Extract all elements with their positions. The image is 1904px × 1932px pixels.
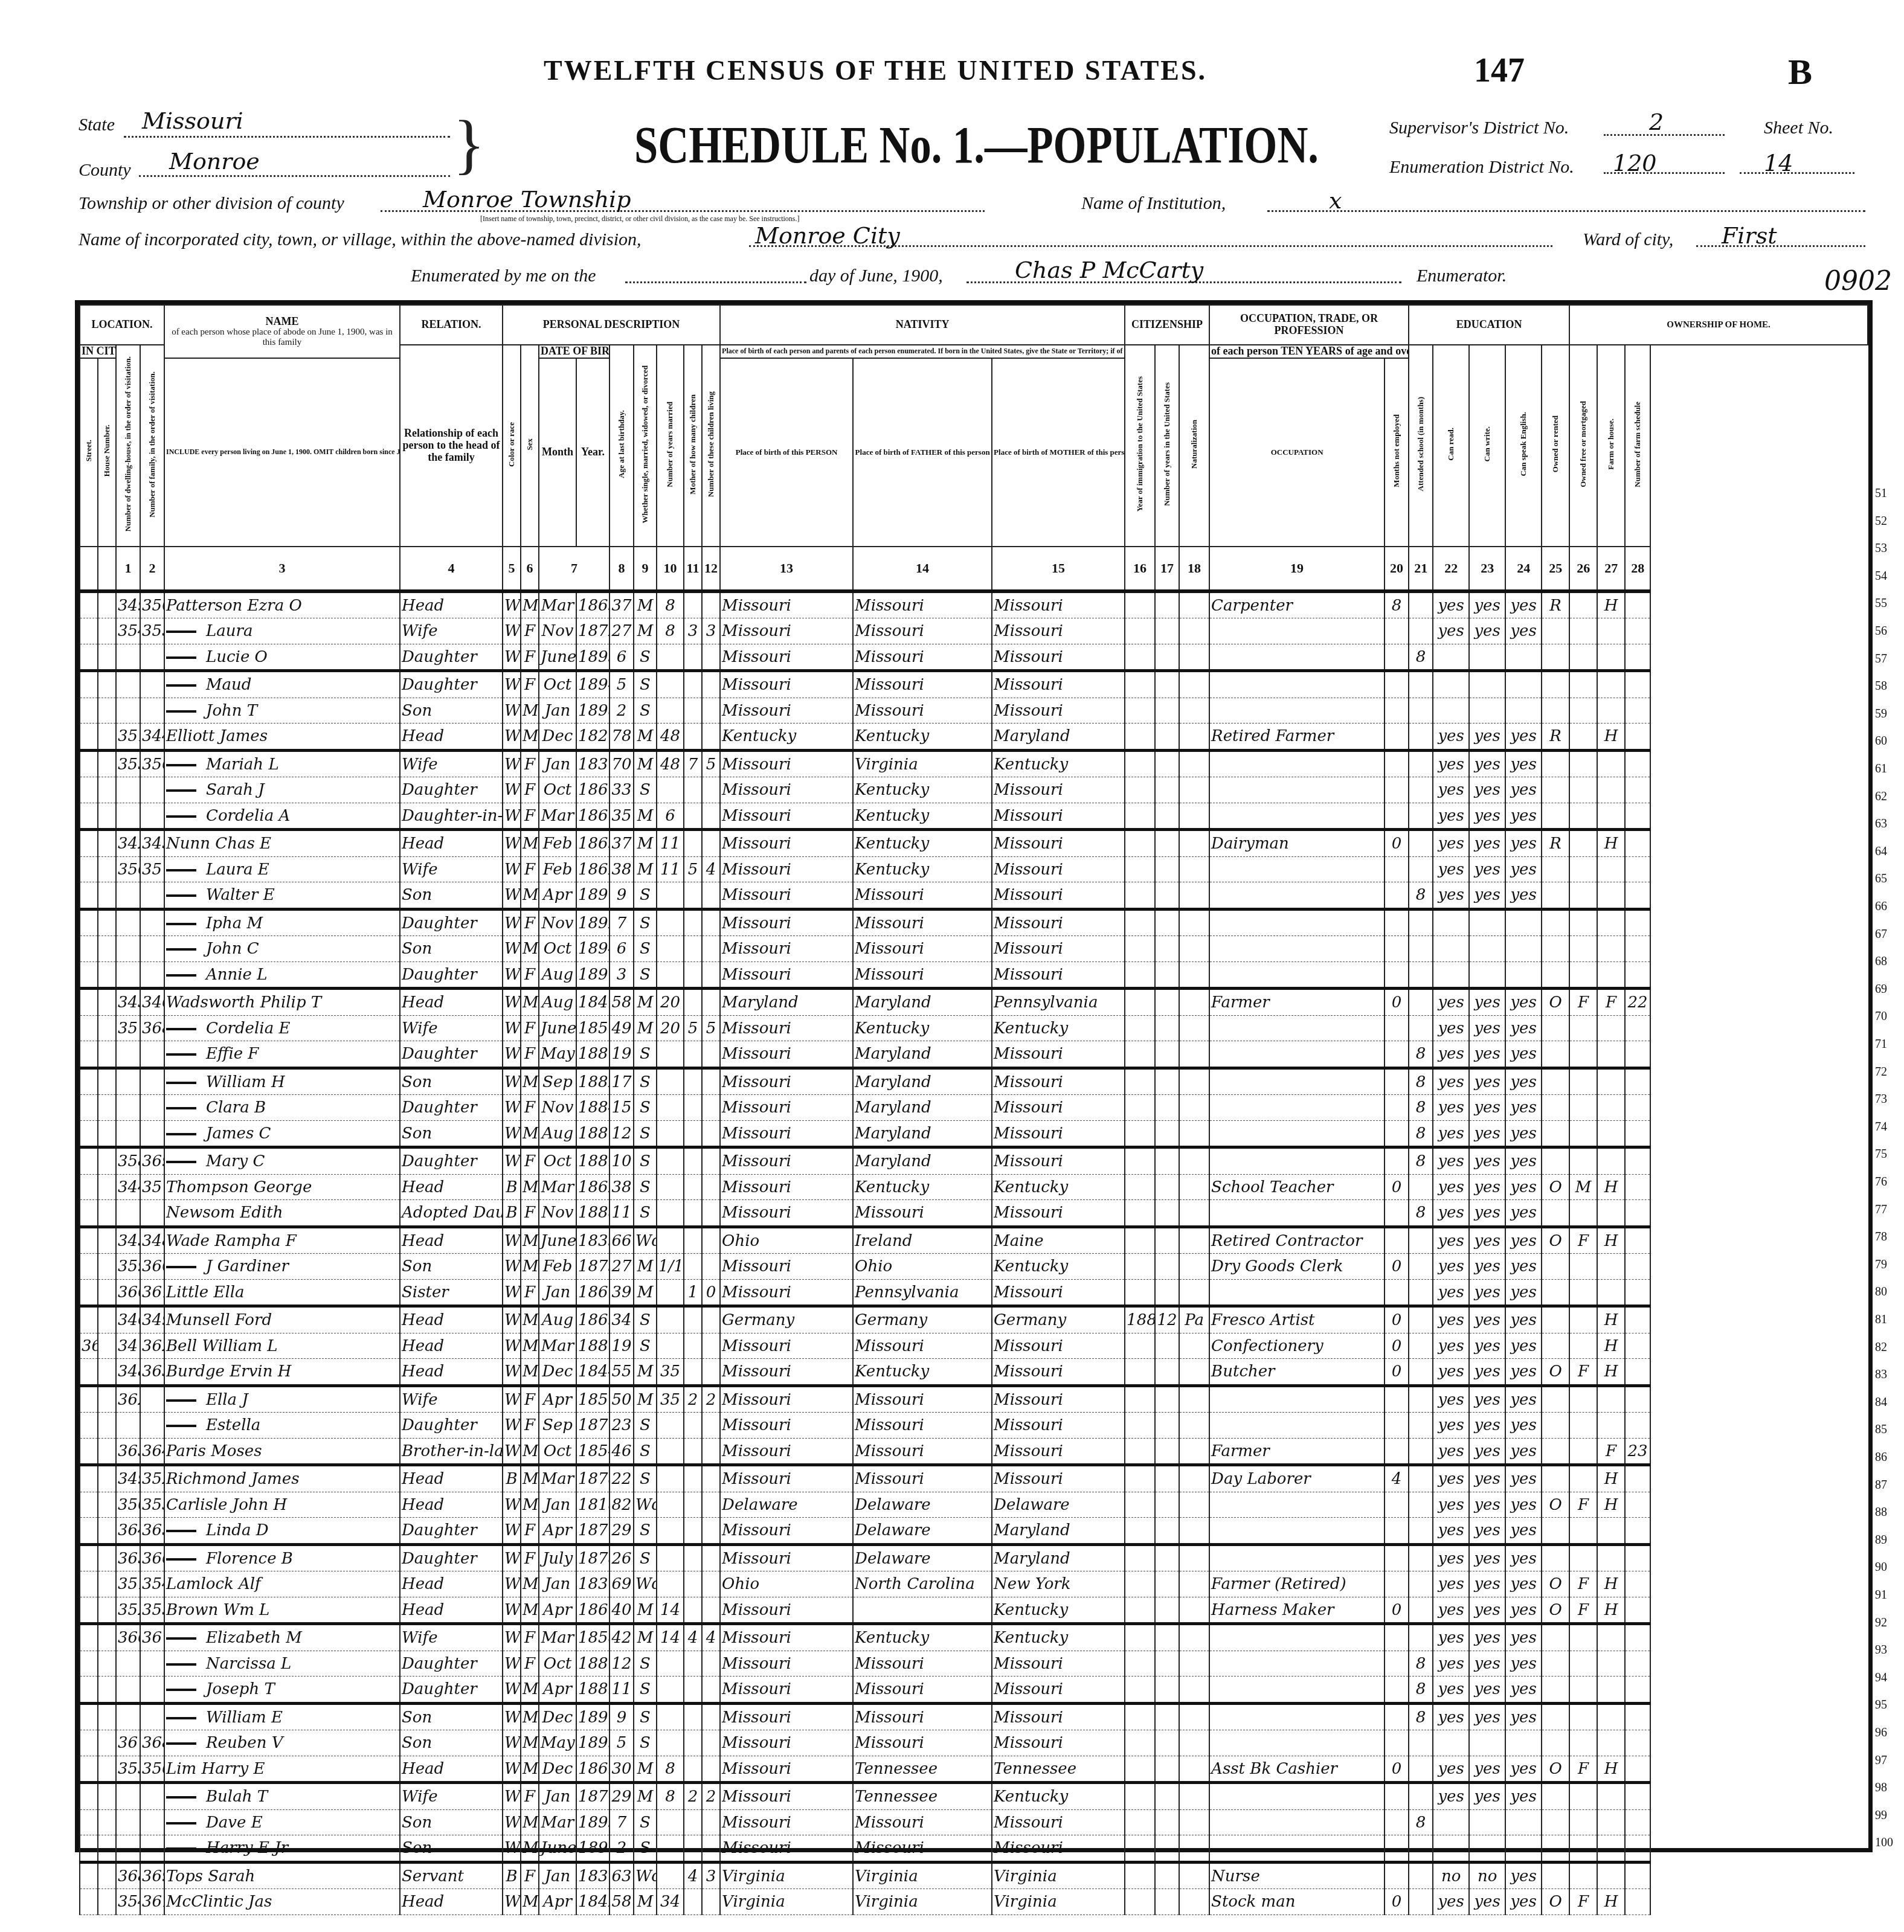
cell-farm xyxy=(1597,1703,1625,1730)
cell-street xyxy=(80,856,98,882)
header-citizenship: CITIZENSHIP xyxy=(1125,305,1209,345)
cell-house xyxy=(98,1095,116,1121)
cell-house xyxy=(98,909,116,936)
cell-occ: Carpenter xyxy=(1209,591,1385,618)
person-name: Wade Rampha F xyxy=(164,1227,400,1254)
cell-own xyxy=(1542,856,1569,882)
cell-ym: 48 xyxy=(657,750,684,777)
cell-write: yes xyxy=(1469,1200,1505,1227)
cell-fs xyxy=(1625,618,1650,644)
cell-free xyxy=(1569,830,1597,857)
cell-ms: M xyxy=(634,803,657,830)
cell-year: 1871 xyxy=(576,1783,609,1810)
cell-free xyxy=(1569,1544,1597,1571)
cell-ym: 8 xyxy=(657,1756,684,1783)
cell-sch xyxy=(1409,856,1433,882)
cell-sch xyxy=(1409,1015,1433,1041)
cell-nat xyxy=(1179,1279,1209,1306)
cell-eng: yes xyxy=(1505,1413,1542,1439)
cell-chl xyxy=(702,1254,720,1280)
cell-mpob: Missouri xyxy=(992,1385,1125,1413)
cell-eng: yes xyxy=(1505,1068,1542,1095)
cell-dw: 352 xyxy=(116,1597,140,1624)
cell-sch xyxy=(1409,1385,1433,1413)
cell-pob: Missouri xyxy=(720,1544,853,1571)
cell-dw: 355 xyxy=(116,750,140,777)
cell-fs xyxy=(1625,1756,1650,1783)
cell-farm xyxy=(1597,1147,1625,1175)
cell-color: W xyxy=(503,1703,521,1730)
cell-fam xyxy=(140,1783,164,1810)
cell-street xyxy=(80,1438,98,1465)
cell-farm: H xyxy=(1597,830,1625,857)
cell-farm xyxy=(1597,1413,1625,1439)
cell-fpob: Tennessee xyxy=(853,1783,992,1810)
cell-free: F xyxy=(1569,1359,1597,1386)
cell-pob: Missouri xyxy=(720,1597,853,1624)
cell-street xyxy=(80,1677,98,1704)
cell-sex: M xyxy=(521,1438,539,1465)
cell-free xyxy=(1569,591,1597,618)
cell-occ: Retired Contractor xyxy=(1209,1227,1385,1254)
cell-yus xyxy=(1155,961,1179,989)
cell-fs xyxy=(1625,1095,1650,1121)
cell-house xyxy=(98,1465,116,1492)
person-name: Patterson Ezra O xyxy=(164,591,400,618)
cell-ym xyxy=(657,909,684,936)
cell-sex: F xyxy=(521,1862,539,1889)
cell-mne xyxy=(1385,671,1409,698)
cell-pob: Missouri xyxy=(720,698,853,724)
cell-fs xyxy=(1625,1254,1650,1280)
cell-eng xyxy=(1505,909,1542,936)
cell-sch: 8 xyxy=(1409,1677,1433,1704)
cell-fs xyxy=(1625,961,1650,989)
cell-imm xyxy=(1125,1041,1155,1068)
cell-imm xyxy=(1125,1677,1155,1704)
enumeration-label: Enumeration District No. xyxy=(1389,157,1574,178)
cell-rel: Head xyxy=(400,1174,503,1200)
cell-imm xyxy=(1125,1651,1155,1677)
cell-chl xyxy=(702,1095,720,1121)
table-row: MaudDaughterWFOct18945SMissouriMissouriM… xyxy=(80,671,1868,698)
cell-sex: F xyxy=(521,1413,539,1439)
cell-color: W xyxy=(503,1889,521,1915)
cell-own xyxy=(1542,909,1569,936)
cell-yus xyxy=(1155,1703,1179,1730)
cell-yus xyxy=(1155,1544,1179,1571)
person-name: Joseph T xyxy=(164,1677,400,1704)
cell-eng xyxy=(1505,961,1542,989)
cell-dw xyxy=(116,882,140,910)
cell-rel: Sister xyxy=(400,1279,503,1306)
header-education: EDUCATION xyxy=(1409,305,1569,345)
cell-rel: Daughter xyxy=(400,961,503,989)
given-name: J Gardiner xyxy=(206,1257,289,1276)
cell-yus xyxy=(1155,1809,1179,1835)
cell-eng: yes xyxy=(1505,1677,1542,1704)
cell-dw xyxy=(116,1677,140,1704)
given-name: Lucie O xyxy=(206,648,268,666)
cell-mne xyxy=(1385,1651,1409,1677)
table-row: Bulah TWifeWFJan187129M822MissouriTennes… xyxy=(80,1783,1868,1810)
cell-street xyxy=(80,1200,98,1227)
cell-occ xyxy=(1209,1544,1385,1571)
cell-sch xyxy=(1409,1227,1433,1254)
cell-ch xyxy=(684,1254,702,1280)
given-name: Ezra O xyxy=(248,597,302,615)
cell-ch: 7 xyxy=(684,750,702,777)
cell-color: W xyxy=(503,1783,521,1810)
cell-sex: F xyxy=(521,644,539,671)
header-location: LOCATION. xyxy=(80,305,164,345)
same-surname-dash xyxy=(166,1161,196,1163)
cell-write xyxy=(1469,644,1505,671)
cell-rel: Head xyxy=(400,1227,503,1254)
table-row: Narcissa LDaughterWFOct188712SMissouriMi… xyxy=(80,1651,1868,1677)
cell-month: Oct xyxy=(539,936,576,962)
cell-rel: Daughter xyxy=(400,1544,503,1571)
table-row: Newsom EdithAdopted DaughterBFNov188811S… xyxy=(80,1200,1868,1227)
cell-age: 39 xyxy=(609,1279,634,1306)
cell-read: yes xyxy=(1433,1015,1469,1041)
cell-sex: M xyxy=(521,1730,539,1756)
cell-street xyxy=(80,1571,98,1597)
person-name: Munsell Ford xyxy=(164,1306,400,1333)
cell-month: Mar xyxy=(539,591,576,618)
cell-farm xyxy=(1597,1624,1625,1651)
cell-nat xyxy=(1179,1544,1209,1571)
cell-sex: M xyxy=(521,989,539,1016)
cell-nat xyxy=(1179,1809,1209,1835)
cell-pob: Missouri xyxy=(720,1385,853,1413)
cell-dw xyxy=(116,1200,140,1227)
census-title: TWELFTH CENSUS OF THE UNITED STATES. xyxy=(544,54,1207,86)
cell-free: F xyxy=(1569,1492,1597,1518)
cell-dw xyxy=(116,698,140,724)
cell-write: yes xyxy=(1469,1120,1505,1147)
cell-rel: Daughter xyxy=(400,1095,503,1121)
cell-ym: 35 xyxy=(657,1359,684,1386)
cell-ym: 34 xyxy=(657,1889,684,1915)
cell-age: 11 xyxy=(609,1677,634,1704)
cell-nat xyxy=(1179,989,1209,1016)
cell-nat xyxy=(1179,591,1209,618)
cell-fs xyxy=(1625,1015,1650,1041)
cell-street xyxy=(80,1227,98,1254)
cell-imm xyxy=(1125,698,1155,724)
cell-free xyxy=(1569,1862,1597,1889)
cell-month: Oct xyxy=(539,1438,576,1465)
cell-ch xyxy=(684,1651,702,1677)
cell-yus xyxy=(1155,1227,1179,1254)
cell-mne xyxy=(1385,1518,1409,1545)
cell-dw: 343 xyxy=(116,989,140,1016)
cell-nat xyxy=(1179,1359,1209,1386)
cell-ms: S xyxy=(634,1068,657,1095)
cell-farm xyxy=(1597,1809,1625,1835)
cell-imm: 1888 xyxy=(1125,1306,1155,1333)
cell-fs: 22 xyxy=(1625,989,1650,1016)
cell-rel: Brother-in-law xyxy=(400,1438,503,1465)
cell-farm xyxy=(1597,644,1625,671)
cell-mne xyxy=(1385,1809,1409,1835)
line-number: 91 xyxy=(1875,1588,1887,1602)
cell-ym: 8 xyxy=(657,1783,684,1810)
line-number: 56 xyxy=(1875,624,1887,638)
cell-read: yes xyxy=(1433,1624,1469,1651)
cell-ym xyxy=(657,1041,684,1068)
cell-dw: 349 xyxy=(116,591,140,618)
given-name: William E xyxy=(206,1709,283,1727)
header-nativity-desc: Place of birth of each person and parent… xyxy=(720,345,1125,358)
same-surname-dash xyxy=(166,869,196,871)
cell-dw: 358 xyxy=(116,1147,140,1175)
cell-imm xyxy=(1125,1544,1155,1571)
cell-pob: Missouri xyxy=(720,830,853,857)
cell-rel: Daughter xyxy=(400,1041,503,1068)
person-name: Elizabeth M xyxy=(164,1624,400,1651)
cell-chl xyxy=(702,1041,720,1068)
cell-fpob: Missouri xyxy=(853,1835,992,1863)
cell-farm xyxy=(1597,936,1625,962)
cell-fpob: Kentucky xyxy=(853,803,992,830)
given-name: James xyxy=(220,727,268,745)
line-number: 85 xyxy=(1875,1423,1887,1437)
cell-read xyxy=(1433,671,1469,698)
cell-ym xyxy=(657,1120,684,1147)
cell-chl xyxy=(702,1889,720,1915)
cell-ch: 3 xyxy=(684,618,702,644)
cell-mpob: Missouri xyxy=(992,1095,1125,1121)
cell-occ: Butcher xyxy=(1209,1359,1385,1386)
cell-pob: Missouri xyxy=(720,1200,853,1227)
cell-house xyxy=(98,882,116,910)
cell-house xyxy=(98,1279,116,1306)
cell-ym xyxy=(657,1571,684,1597)
cell-imm xyxy=(1125,1730,1155,1756)
table-row: 351354Lamlock AlfHeadWMJan183169WdOhioNo… xyxy=(80,1571,1868,1597)
cell-read xyxy=(1433,909,1469,936)
cell-fpob: Maryland xyxy=(853,1120,992,1147)
same-surname-dash xyxy=(166,1530,196,1532)
cell-write: yes xyxy=(1469,1465,1505,1492)
same-surname-dash xyxy=(166,684,196,687)
cell-pob: Missouri xyxy=(720,1756,853,1783)
cell-mne xyxy=(1385,1227,1409,1254)
cell-mne xyxy=(1385,777,1409,803)
cell-year: 1833 xyxy=(576,1227,609,1254)
cell-dw xyxy=(116,1068,140,1095)
cell-free xyxy=(1569,1783,1597,1810)
cell-color: W xyxy=(503,1677,521,1704)
table-row: 359360J GardinerSonWMFeb187327M1/12Misso… xyxy=(80,1254,1868,1280)
cell-yus xyxy=(1155,1068,1179,1095)
cell-ym xyxy=(657,1068,684,1095)
cell-pob: Ohio xyxy=(720,1227,853,1254)
cell-chl xyxy=(702,1703,720,1730)
person-name: Richmond James xyxy=(164,1465,400,1492)
cell-mne: 0 xyxy=(1385,1359,1409,1386)
cell-rel: Head xyxy=(400,989,503,1016)
cell-sex: F xyxy=(521,803,539,830)
cell-mne xyxy=(1385,1544,1409,1571)
cell-ch xyxy=(684,1413,702,1439)
cell-farm xyxy=(1597,856,1625,882)
cell-month: Apr xyxy=(539,1385,576,1413)
cell-age: 66 xyxy=(609,1227,634,1254)
cell-eng: yes xyxy=(1505,989,1542,1016)
cell-write xyxy=(1469,961,1505,989)
cell-sch xyxy=(1409,1597,1433,1624)
cell-fs xyxy=(1625,1889,1650,1915)
person-name: Harry E Jr xyxy=(164,1835,400,1863)
given-name: Effie F xyxy=(206,1045,259,1063)
cell-fpob: Virginia xyxy=(853,1889,992,1915)
cell-fam xyxy=(140,777,164,803)
cell-dw xyxy=(116,1783,140,1810)
given-name: Harry E Jr xyxy=(206,1839,288,1857)
cell-eng: yes xyxy=(1505,1518,1542,1545)
cell-fam xyxy=(140,671,164,698)
cell-mpob: Missouri xyxy=(992,1120,1125,1147)
cell-imm xyxy=(1125,671,1155,698)
cell-fs xyxy=(1625,1624,1650,1651)
cell-fs xyxy=(1625,724,1650,751)
cell-eng: yes xyxy=(1505,1703,1542,1730)
cell-own xyxy=(1542,1518,1569,1545)
cell-house xyxy=(98,644,116,671)
enumerated-day-label: day of June, 1900, xyxy=(809,266,943,286)
same-surname-dash xyxy=(166,948,196,951)
cell-read: yes xyxy=(1433,1756,1469,1783)
cell-ms: S xyxy=(634,1809,657,1835)
cell-pob: Missouri xyxy=(720,1730,853,1756)
cell-fs xyxy=(1625,1306,1650,1333)
table-row: Joseph TDaughterWMApr188911SMissouriMiss… xyxy=(80,1677,1868,1704)
cell-fs xyxy=(1625,936,1650,962)
cell-chl xyxy=(702,830,720,857)
cell-free xyxy=(1569,1279,1597,1306)
cell-sch xyxy=(1409,1254,1433,1280)
cell-ch xyxy=(684,1227,702,1254)
cell-year: 1892 xyxy=(576,909,609,936)
cell-ms: Wd xyxy=(634,1227,657,1254)
cell-mne xyxy=(1385,1120,1409,1147)
person-name: Clara B xyxy=(164,1095,400,1121)
cell-read: yes xyxy=(1433,1041,1469,1068)
cell-pob: Missouri xyxy=(720,1254,853,1280)
cell-mpob: Kentucky xyxy=(992,1174,1125,1200)
cell-farm: H xyxy=(1597,1571,1625,1597)
cell-ch: 1 xyxy=(684,1279,702,1306)
cell-ym xyxy=(657,1730,684,1756)
given-name: Elizabeth M xyxy=(206,1629,302,1647)
table-row: 367368Reuben VSonWMMay18955SMissouriMiss… xyxy=(80,1730,1868,1756)
header-ownership: OWNERSHIP OF HOME. xyxy=(1569,305,1868,345)
cell-street xyxy=(80,1651,98,1677)
cell-farm: H xyxy=(1597,1227,1625,1254)
cell-yus xyxy=(1155,1835,1179,1863)
surname: Patterson xyxy=(166,597,242,615)
cell-dw: 366 xyxy=(116,1624,140,1651)
cell-sch: 8 xyxy=(1409,1041,1433,1068)
cell-fs xyxy=(1625,698,1650,724)
cell-mpob: Missouri xyxy=(992,1200,1125,1227)
cell-ch xyxy=(684,1492,702,1518)
cell-ch: 2 xyxy=(684,1385,702,1413)
cell-nat xyxy=(1179,1730,1209,1756)
cell-dw xyxy=(116,777,140,803)
cell-farm: F xyxy=(1597,989,1625,1016)
cell-yus xyxy=(1155,909,1179,936)
cell-ms: M xyxy=(634,1783,657,1810)
cell-age: 19 xyxy=(609,1041,634,1068)
cell-read: yes xyxy=(1433,1544,1469,1571)
cell-sch xyxy=(1409,803,1433,830)
cell-ms: M xyxy=(634,591,657,618)
cell-year: 1884 xyxy=(576,1095,609,1121)
cell-mpob: Missouri xyxy=(992,1147,1125,1175)
cell-month: Mar xyxy=(539,1624,576,1651)
given-name: James xyxy=(251,1470,299,1488)
cell-occ xyxy=(1209,1651,1385,1677)
cell-fs xyxy=(1625,1068,1650,1095)
cell-fam: 368 xyxy=(140,1015,164,1041)
cell-pob: Missouri xyxy=(720,909,853,936)
cell-ym: 35 xyxy=(657,1385,684,1413)
cell-fpob: Kentucky xyxy=(853,777,992,803)
cell-own: O xyxy=(1542,1756,1569,1783)
cell-sex: F xyxy=(521,961,539,989)
cell-street xyxy=(80,936,98,962)
cell-fpob: Kentucky xyxy=(853,1174,992,1200)
cell-ms: S xyxy=(634,1200,657,1227)
cell-imm xyxy=(1125,1147,1155,1175)
cell-yus xyxy=(1155,1651,1179,1677)
cell-age: 37 xyxy=(609,830,634,857)
cell-mne xyxy=(1385,1279,1409,1306)
line-number: 87 xyxy=(1875,1478,1887,1492)
cell-fam: 350 xyxy=(140,591,164,618)
cell-fs xyxy=(1625,856,1650,882)
cell-ym xyxy=(657,1492,684,1518)
cell-nat xyxy=(1179,1889,1209,1915)
cell-ym xyxy=(657,1465,684,1492)
cell-nat xyxy=(1179,1333,1209,1359)
cell-chl xyxy=(702,591,720,618)
line-number: 90 xyxy=(1875,1561,1887,1574)
cell-fs xyxy=(1625,1174,1650,1200)
cell-color: W xyxy=(503,591,521,618)
cell-age: 12 xyxy=(609,1120,634,1147)
header-in-cities: IN CITIES xyxy=(80,345,116,358)
cell-mne xyxy=(1385,803,1409,830)
cell-age: 29 xyxy=(609,1783,634,1810)
cell-mne xyxy=(1385,1492,1409,1518)
cell-ym xyxy=(657,1438,684,1465)
cell-yus xyxy=(1155,644,1179,671)
cell-house xyxy=(98,1651,116,1677)
cell-ms: S xyxy=(634,698,657,724)
cell-fpob: Ireland xyxy=(853,1227,992,1254)
table-row: Effie FDaughterWFMay188019SMissouriMaryl… xyxy=(80,1041,1868,1068)
cell-age: 22 xyxy=(609,1465,634,1492)
cell-color: W xyxy=(503,724,521,751)
cell-ms: S xyxy=(634,1465,657,1492)
cell-free: F xyxy=(1569,1889,1597,1915)
cell-pob: Germany xyxy=(720,1306,853,1333)
